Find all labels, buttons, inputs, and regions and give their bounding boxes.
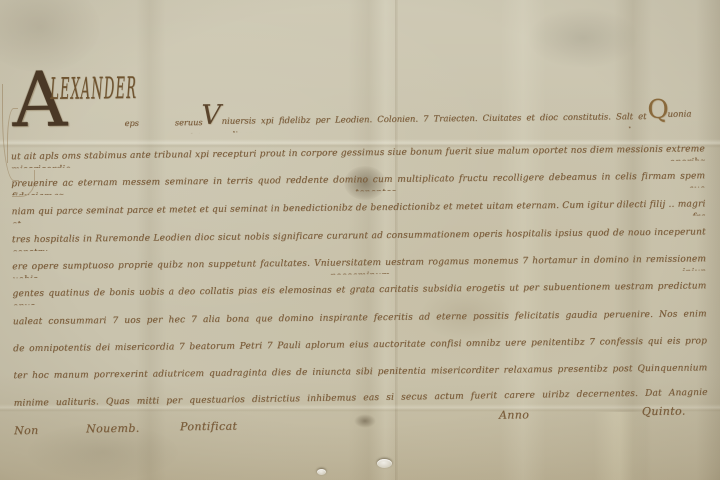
manuscript-photo: A LEXANDER eps seruus seruorum dei. V ni…: [0, 0, 720, 480]
photo-vignette: [0, 0, 720, 480]
